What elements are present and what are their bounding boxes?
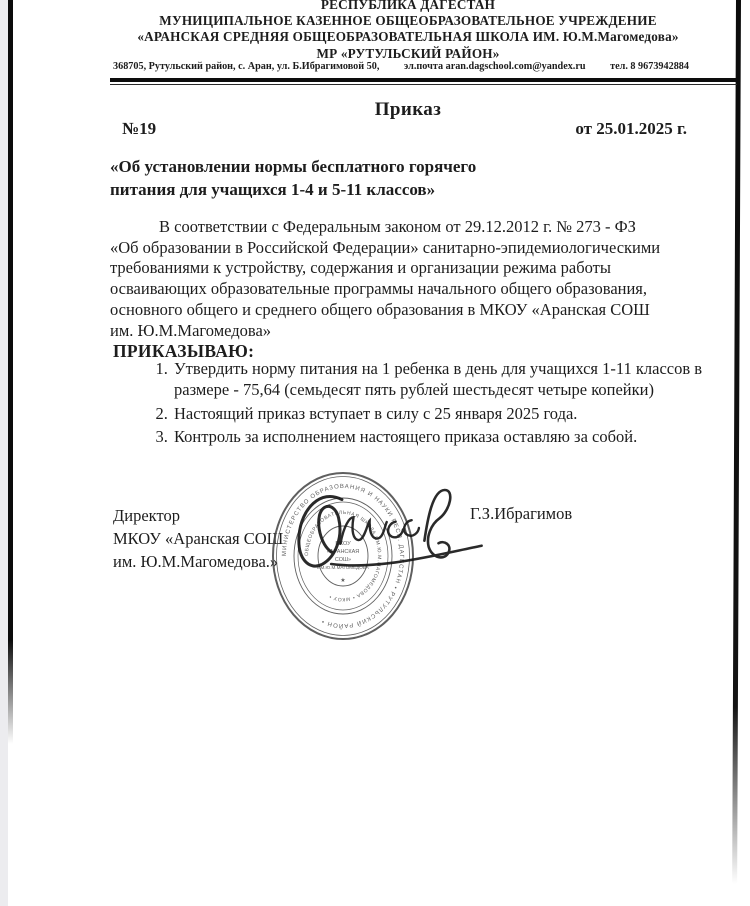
- scanned-order-document: { "colors": { "ink": "#1d1d1d", "stamp_i…: [0, 0, 750, 906]
- order-subject: «Об установлении нормы бесплатного горяч…: [110, 155, 476, 201]
- order-number-date-row: №19 от 25.01.2025 г.: [113, 119, 687, 139]
- order-number: №19: [113, 119, 156, 139]
- director-signature: [286, 477, 489, 584]
- preamble-line6: им. Ю.М.Магомедова»: [110, 321, 660, 342]
- letterhead-school-name: «АРАНСКАЯ СРЕДНЯЯ ОБЩЕОБРАЗОВАТЕЛЬНАЯ ШК…: [110, 29, 706, 45]
- decree-item-3: Контроль за исполнением настоящего прика…: [172, 426, 712, 447]
- decree-item-1: Утвердить норму питания на 1 ребенка в д…: [172, 358, 712, 401]
- preamble-line3: требованиями к устройству, содержания и …: [110, 258, 660, 279]
- order-subject-line2: питания для учащихся 1-4 и 5-11 классов»: [110, 178, 476, 201]
- preamble-line1: В соответствии с Федеральным законом от …: [110, 217, 660, 238]
- preamble-line4: осваивающих образовательные программы на…: [110, 279, 660, 300]
- letterhead-district: МР «РУТУЛЬСКИЙ РАЙОН»: [110, 46, 706, 62]
- order-title: Приказ: [110, 99, 706, 121]
- preamble-line2: «Об образовании в Российской Федерации» …: [110, 238, 660, 259]
- order-date: от 25.01.2025 г.: [575, 119, 687, 139]
- scan-margin-strip: [0, 0, 8, 906]
- letterhead-phone: тел. 8 9673942884: [610, 61, 689, 72]
- letterhead: РЕСПУБЛИКА ДАГЕСТАН МУНИЦИПАЛЬНОЕ КАЗЕНН…: [110, 0, 706, 62]
- signatory-role: Директор МКОУ «Аранская СОШ им. Ю.М.Маго…: [113, 504, 283, 573]
- order-preamble: В соответствии с Федеральным законом от …: [110, 217, 660, 341]
- signatory-role-line1: Директор: [113, 504, 283, 527]
- preamble-line5: основного общего и среднего общего образ…: [110, 300, 660, 321]
- order-subject-line1: «Об установлении нормы бесплатного горяч…: [110, 155, 476, 178]
- letterhead-rule-thin: [110, 84, 737, 86]
- decree-items: Утвердить норму питания на 1 ребенка в д…: [144, 358, 712, 450]
- scan-edge-line-right: [732, 0, 741, 884]
- signatory-role-line3: им. Ю.М.Магомедова.»: [113, 550, 283, 573]
- letterhead-email: эл.почта aran.dagschool.com@yandex.ru: [404, 61, 586, 72]
- letterhead-address: 368705, Рутульский район, с. Аран, ул. Б…: [113, 61, 379, 72]
- letterhead-contacts: 368705, Рутульский район, с. Аран, ул. Б…: [113, 61, 689, 72]
- signatory-role-line2: МКОУ «Аранская СОШ: [113, 527, 283, 550]
- decree-item-2: Настоящий приказ вступает в силу с 25 ян…: [172, 403, 712, 424]
- letterhead-institution-type: МУНИЦИПАЛЬНОЕ КАЗЕННОЕ ОБЩЕОБРАЗОВАТЕЛЬН…: [110, 13, 706, 29]
- scan-edge-line-left: [8, 0, 13, 744]
- letterhead-republic: РЕСПУБЛИКА ДАГЕСТАН: [110, 0, 706, 13]
- letterhead-rule-thick: [110, 78, 737, 82]
